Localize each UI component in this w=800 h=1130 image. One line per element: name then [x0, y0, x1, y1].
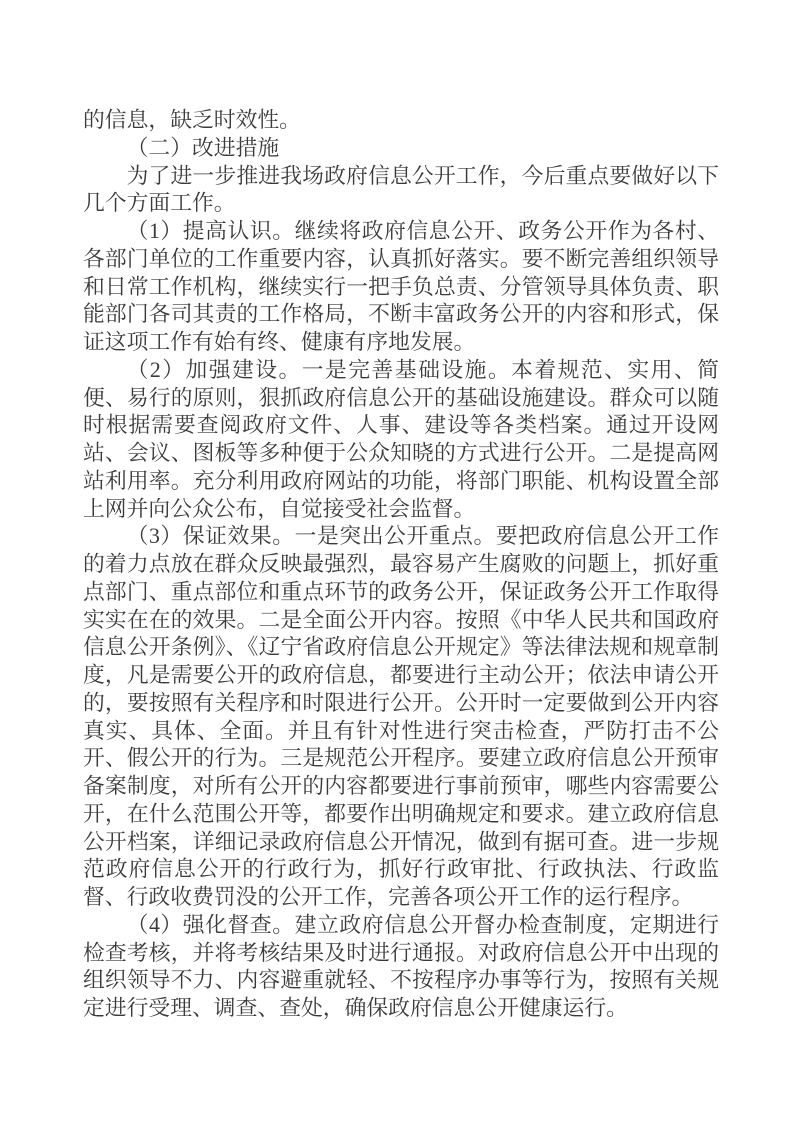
paragraph: （1）提高认识。继续将政府信息公开、政务公开作为各村、各部门单位的工作重要内容，…	[83, 218, 719, 357]
paragraph: 为了进一步推进我场政府信息公开工作，今后重点要做好以下几个方面工作。	[83, 163, 719, 219]
paragraph: 的信息，缺乏时效性。	[83, 107, 719, 135]
paragraph: （二）改进措施	[83, 135, 719, 163]
paragraph: （4）强化督查。建立政府信息公开督办检查制度，定期进行检查考核，并将考核结果及时…	[83, 912, 719, 1023]
paragraph: （3）保证效果。一是突出公开重点。要把政府信息公开工作的着力点放在群众反映最强烈…	[83, 523, 719, 912]
document-text-block: 的信息，缺乏时效性。（二）改进措施为了进一步推进我场政府信息公开工作，今后重点要…	[83, 107, 719, 1023]
paragraph: （2）加强建设。一是完善基础设施。本着规范、实用、简便、易行的原则，狠抓政府信息…	[83, 357, 719, 524]
document-page: 的信息，缺乏时效性。（二）改进措施为了进一步推进我场政府信息公开工作，今后重点要…	[0, 0, 800, 1130]
